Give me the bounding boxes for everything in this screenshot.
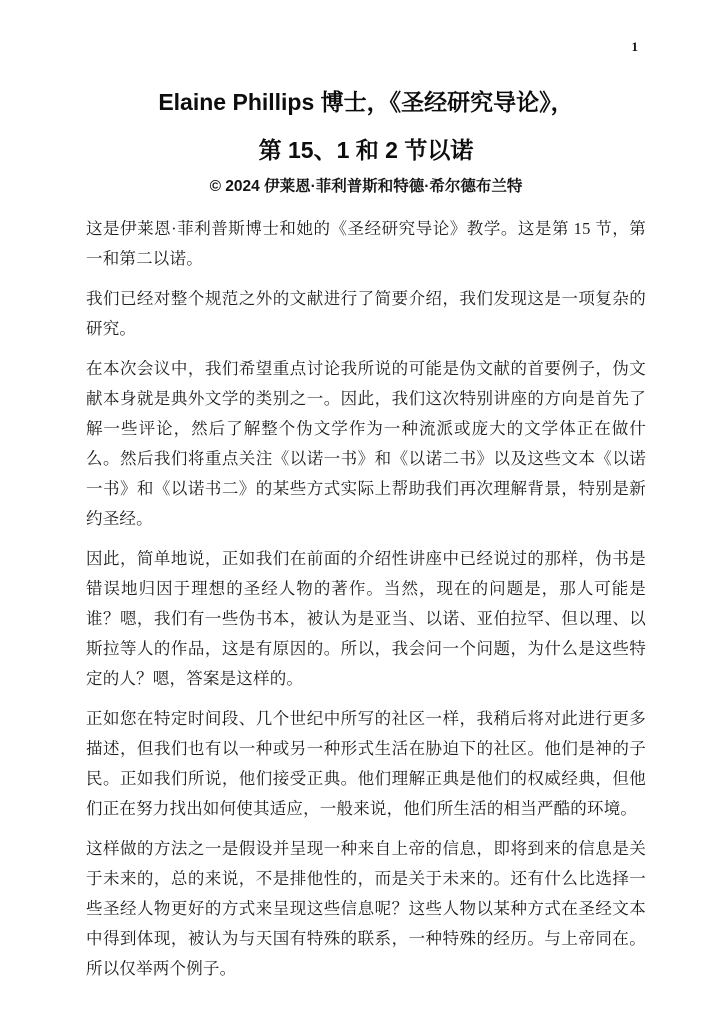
paragraph: 这是伊莱恩·菲利普斯博士和她的《圣经研究导论》教学。这是第 15 节，第一和第二… [86,214,646,274]
document-header: Elaine Phillips 博士，《圣经研究导论》， 第 15、1 和 2 … [86,78,646,198]
paragraph: 这样做的方法之一是假设并呈现一种来自上帝的信息，即将到来的信息是关于未来的，总的… [86,834,646,984]
page-number: 1 [632,40,639,54]
document-body: 这是伊莱恩·菲利普斯博士和她的《圣经研究导论》教学。这是第 15 节，第一和第二… [86,214,646,984]
paragraph: 在本次会议中，我们希望重点讨论我所说的可能是伪文献的首要例子，伪文献本身就是典外… [86,354,646,534]
paragraph: 因此，简单地说，正如我们在前面的介绍性讲座中已经说过的那样，伪书是错误地归因于理… [86,544,646,694]
copyright-line: © 2024 伊莱恩·菲利普斯和特德·希尔德布兰特 [86,176,646,198]
document-title-line1: Elaine Phillips 博士，《圣经研究导论》， [86,78,646,126]
document-title-line2: 第 15、1 和 2 节以诺 [86,126,646,174]
paragraph: 我们已经对整个规范之外的文献进行了简要介绍，我们发现这是一项复杂的研究。 [86,284,646,344]
paragraph: 正如您在特定时间段、几个世纪中所写的社区一样，我稍后将对此进行更多描述，但我们也… [86,704,646,824]
document-page: 1 Elaine Phillips 博士，《圣经研究导论》， 第 15、1 和 … [0,0,724,1024]
